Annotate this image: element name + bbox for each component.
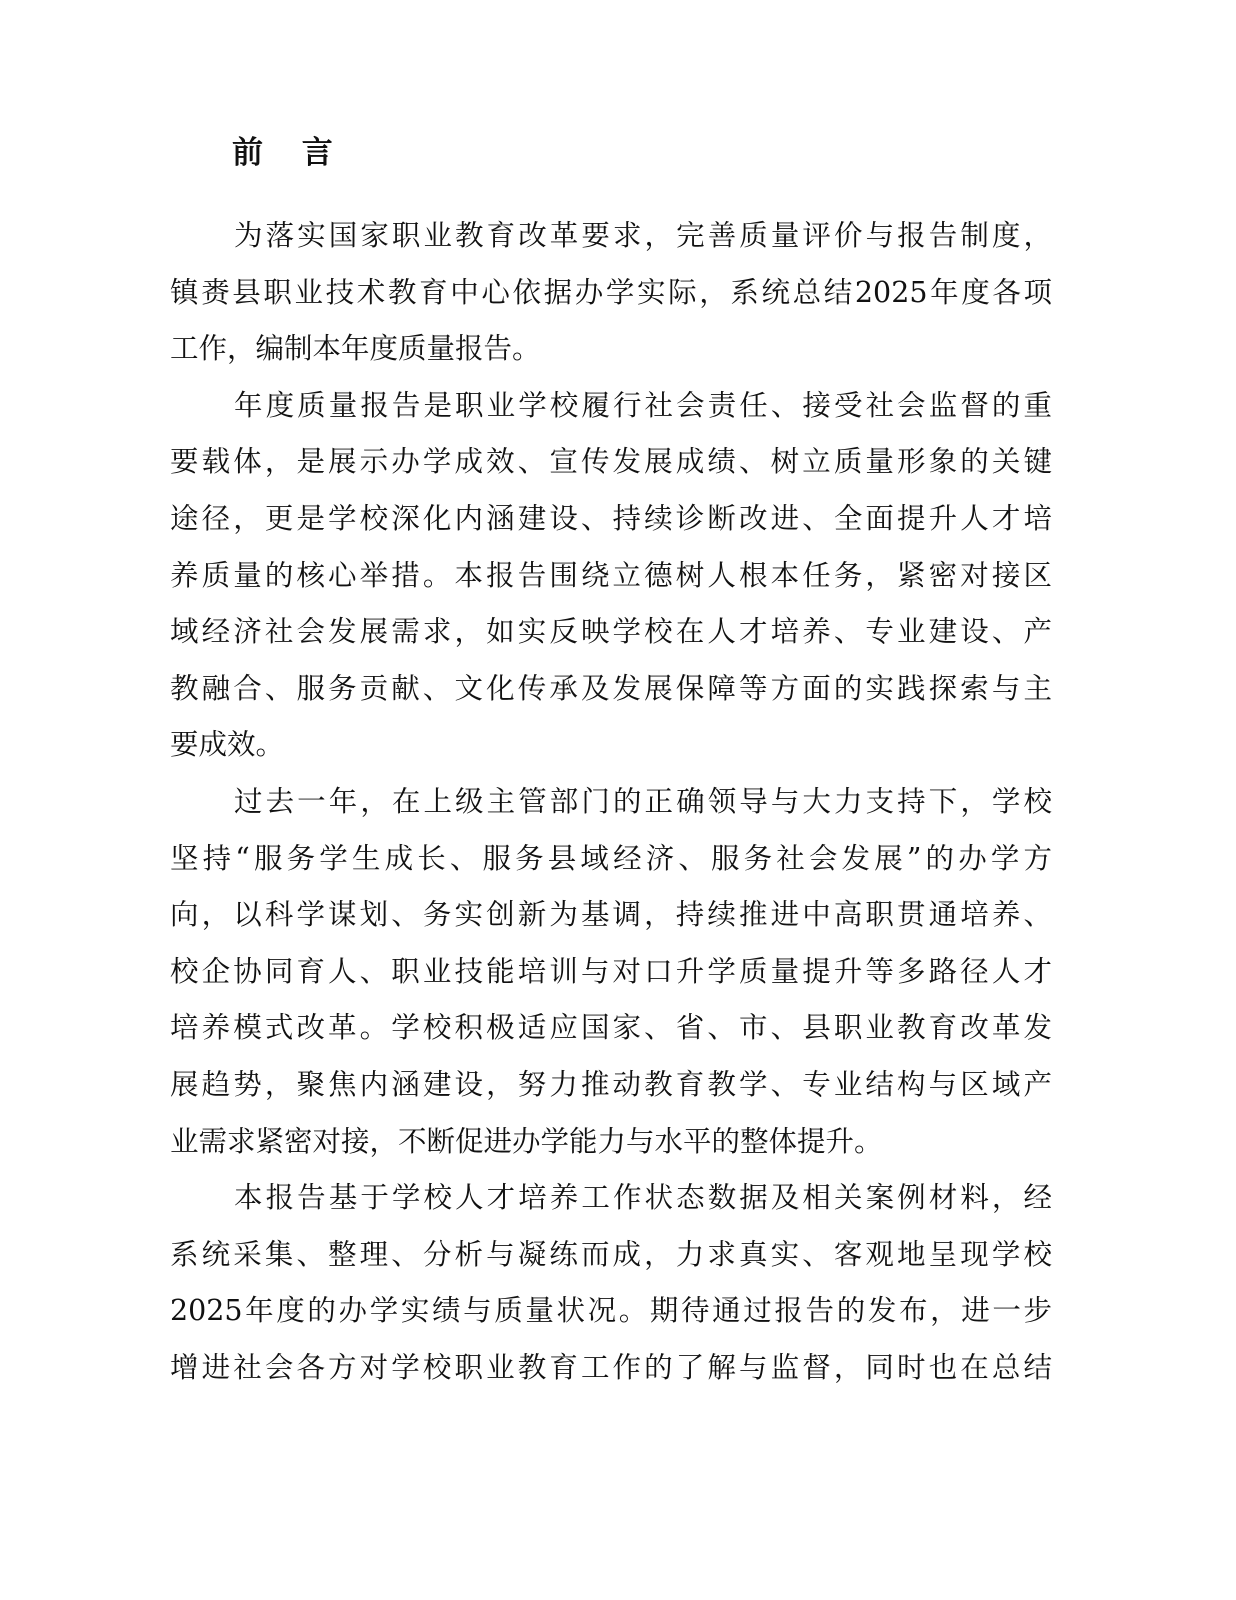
text-line: 业需求紧密对接，不断促进办学能力与水平的整体提升。 [170, 1120, 1052, 1177]
body-text: 为落实国家职业教育改革要求，完善质量评价与报告制度， 镇赉县职业技术教育中心依据… [170, 214, 1052, 1402]
text-line: 校企协同育人、职业技能培训与对口升学质量提升等多路径人才 [170, 950, 1052, 1007]
text-line: 本报告基于学校人才培养工作状态数据及相关案例材料，经 [170, 1176, 1052, 1233]
text-line: 为落实国家职业教育改革要求，完善质量评价与报告制度， [170, 214, 1052, 271]
paragraph-1: 为落实国家职业教育改革要求，完善质量评价与报告制度， 镇赉县职业技术教育中心依据… [170, 214, 1052, 384]
text-line: 途径，更是学校深化内涵建设、持续诊断改进、全面提升人才培 [170, 497, 1052, 554]
text-line: 要成效。 [170, 723, 1052, 780]
text-line: 系统采集、整理、分析与凝练而成，力求真实、客观地呈现学校 [170, 1233, 1052, 1290]
text-line: 域经济社会发展需求，如实反映学校在人才培养、专业建设、产 [170, 610, 1052, 667]
paragraph-4: 本报告基于学校人才培养工作状态数据及相关案例材料，经 系统采集、整理、分析与凝练… [170, 1176, 1052, 1402]
text-line: 养质量的核心举措。本报告围绕立德树人根本任务，紧密对接区 [170, 554, 1052, 611]
paragraph-2: 年度质量报告是职业学校履行社会责任、接受社会监督的重 要载体，是展示办学成效、宣… [170, 384, 1052, 780]
text-line: 要载体，是展示办学成效、宣传发展成绩、树立质量形象的关键 [170, 440, 1052, 497]
document-page: 前 言 为落实国家职业教育改革要求，完善质量评价与报告制度， 镇赉县职业技术教育… [0, 0, 1236, 1600]
text-line: 镇赉县职业技术教育中心依据办学实际，系统总结2025年度各项 [170, 271, 1052, 328]
text-line: 坚持“服务学生成长、服务县域经济、服务社会发展”的办学方 [170, 837, 1052, 894]
paragraph-3: 过去一年，在上级主管部门的正确领导与大力支持下，学校 坚持“服务学生成长、服务县… [170, 780, 1052, 1176]
section-title: 前 言 [232, 132, 347, 174]
text-line: 过去一年，在上级主管部门的正确领导与大力支持下，学校 [170, 780, 1052, 837]
text-line: 增进社会各方对学校职业教育工作的了解与监督，同时也在总结 [170, 1346, 1052, 1403]
text-line: 工作，编制本年度质量报告。 [170, 327, 1052, 384]
text-line: 教融合、服务贡献、文化传承及发展保障等方面的实践探索与主 [170, 667, 1052, 724]
text-line: 向，以科学谋划、务实创新为基调，持续推进中高职贯通培养、 [170, 893, 1052, 950]
text-line: 展趋势，聚焦内涵建设，努力推动教育教学、专业结构与区域产 [170, 1063, 1052, 1120]
text-line: 培养模式改革。学校积极适应国家、省、市、县职业教育改革发 [170, 1006, 1052, 1063]
text-line: 年度质量报告是职业学校履行社会责任、接受社会监督的重 [170, 384, 1052, 441]
text-line: 2025年度的办学实绩与质量状况。期待通过报告的发布，进一步 [170, 1289, 1052, 1346]
